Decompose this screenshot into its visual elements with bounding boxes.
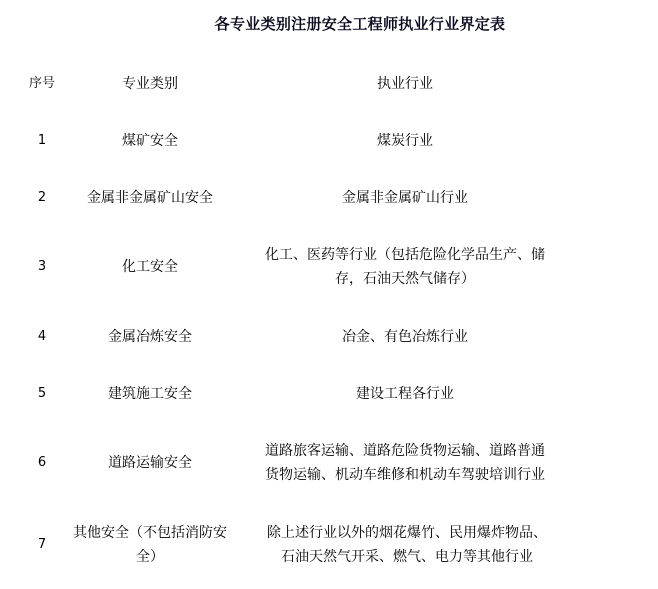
row-industry: 建设工程各行业	[238, 382, 572, 406]
row-no: 6	[22, 439, 62, 487]
header-no: 序号	[22, 72, 62, 96]
row-industry: 化工、医药等行业（包括危险化学品生产、储存，石油天然气储存）	[238, 243, 572, 291]
industry-line: 货物运输、机动车维修和机动车驾驶培训行业	[265, 463, 545, 487]
row-no: 1	[22, 129, 62, 153]
industry-line: 除上述行业以外的烟花爆竹、民用爆炸物品、	[267, 521, 547, 545]
category-line: 金属非金属矿山安全	[87, 186, 213, 210]
table-row: 1 煤矿安全 煤炭行业	[0, 129, 658, 153]
industry-line: 道路旅客运输、道路危险货物运输、道路普通	[265, 439, 545, 463]
industry-line: 石油天然气开采、燃气、电力等其他行业	[281, 545, 533, 569]
table-header-row: 序号 专业类别 执业行业	[0, 72, 658, 96]
row-category: 其他安全（不包括消防安全）	[58, 521, 242, 569]
row-industry: 金属非金属矿山行业	[238, 186, 572, 210]
row-no: 2	[22, 186, 62, 210]
row-industry: 道路旅客运输、道路危险货物运输、道路普通货物运输、机动车维修和机动车驾驶培训行业	[238, 439, 572, 487]
industry-line: 冶金、有色冶炼行业	[342, 325, 468, 349]
industry-line: 建设工程各行业	[356, 382, 454, 406]
row-category: 金属非金属矿山安全	[62, 186, 238, 210]
header-industry: 执业行业	[238, 72, 572, 96]
category-line: 道路运输安全	[108, 451, 192, 475]
row-category: 煤矿安全	[62, 129, 238, 153]
row-no: 7	[22, 521, 62, 569]
category-line: 化工安全	[122, 255, 178, 279]
industry-line: 金属非金属矿山行业	[342, 186, 468, 210]
category-line: 金属冶炼安全	[108, 325, 192, 349]
row-category: 道路运输安全	[62, 439, 238, 487]
table-row: 3 化工安全 化工、医药等行业（包括危险化学品生产、储存，石油天然气储存）	[0, 243, 658, 291]
table-row: 6 道路运输安全 道路旅客运输、道路危险货物运输、道路普通货物运输、机动车维修和…	[0, 439, 658, 487]
header-category: 专业类别	[62, 72, 238, 96]
industry-line: 化工、医药等行业（包括危险化学品生产、储	[265, 243, 545, 267]
category-line: 其他安全（不包括消防安	[73, 521, 227, 545]
category-line: 建筑施工安全	[108, 382, 192, 406]
row-industry: 冶金、有色冶炼行业	[238, 325, 572, 349]
page-title: 各专业类别注册安全工程师执业行业界定表	[180, 14, 540, 34]
industry-line: 存，石油天然气储存）	[335, 267, 475, 291]
row-category: 建筑施工安全	[62, 382, 238, 406]
table-row: 4 金属冶炼安全 冶金、有色冶炼行业	[0, 325, 658, 349]
category-line: 煤矿安全	[122, 129, 178, 153]
table-row: 7 其他安全（不包括消防安全） 除上述行业以外的烟花爆竹、民用爆炸物品、石油天然…	[0, 521, 658, 569]
row-no: 3	[22, 243, 62, 291]
row-no: 4	[22, 325, 62, 349]
row-category: 化工安全	[62, 243, 238, 291]
table-row: 5 建筑施工安全 建设工程各行业	[0, 382, 658, 406]
industry-line: 煤炭行业	[377, 129, 433, 153]
category-line: 全）	[136, 545, 164, 569]
row-industry: 除上述行业以外的烟花爆竹、民用爆炸物品、石油天然气开采、燃气、电力等其他行业	[240, 521, 574, 569]
table-row: 2 金属非金属矿山安全 金属非金属矿山行业	[0, 186, 658, 210]
row-industry: 煤炭行业	[238, 129, 572, 153]
row-no: 5	[22, 382, 62, 406]
row-category: 金属冶炼安全	[62, 325, 238, 349]
